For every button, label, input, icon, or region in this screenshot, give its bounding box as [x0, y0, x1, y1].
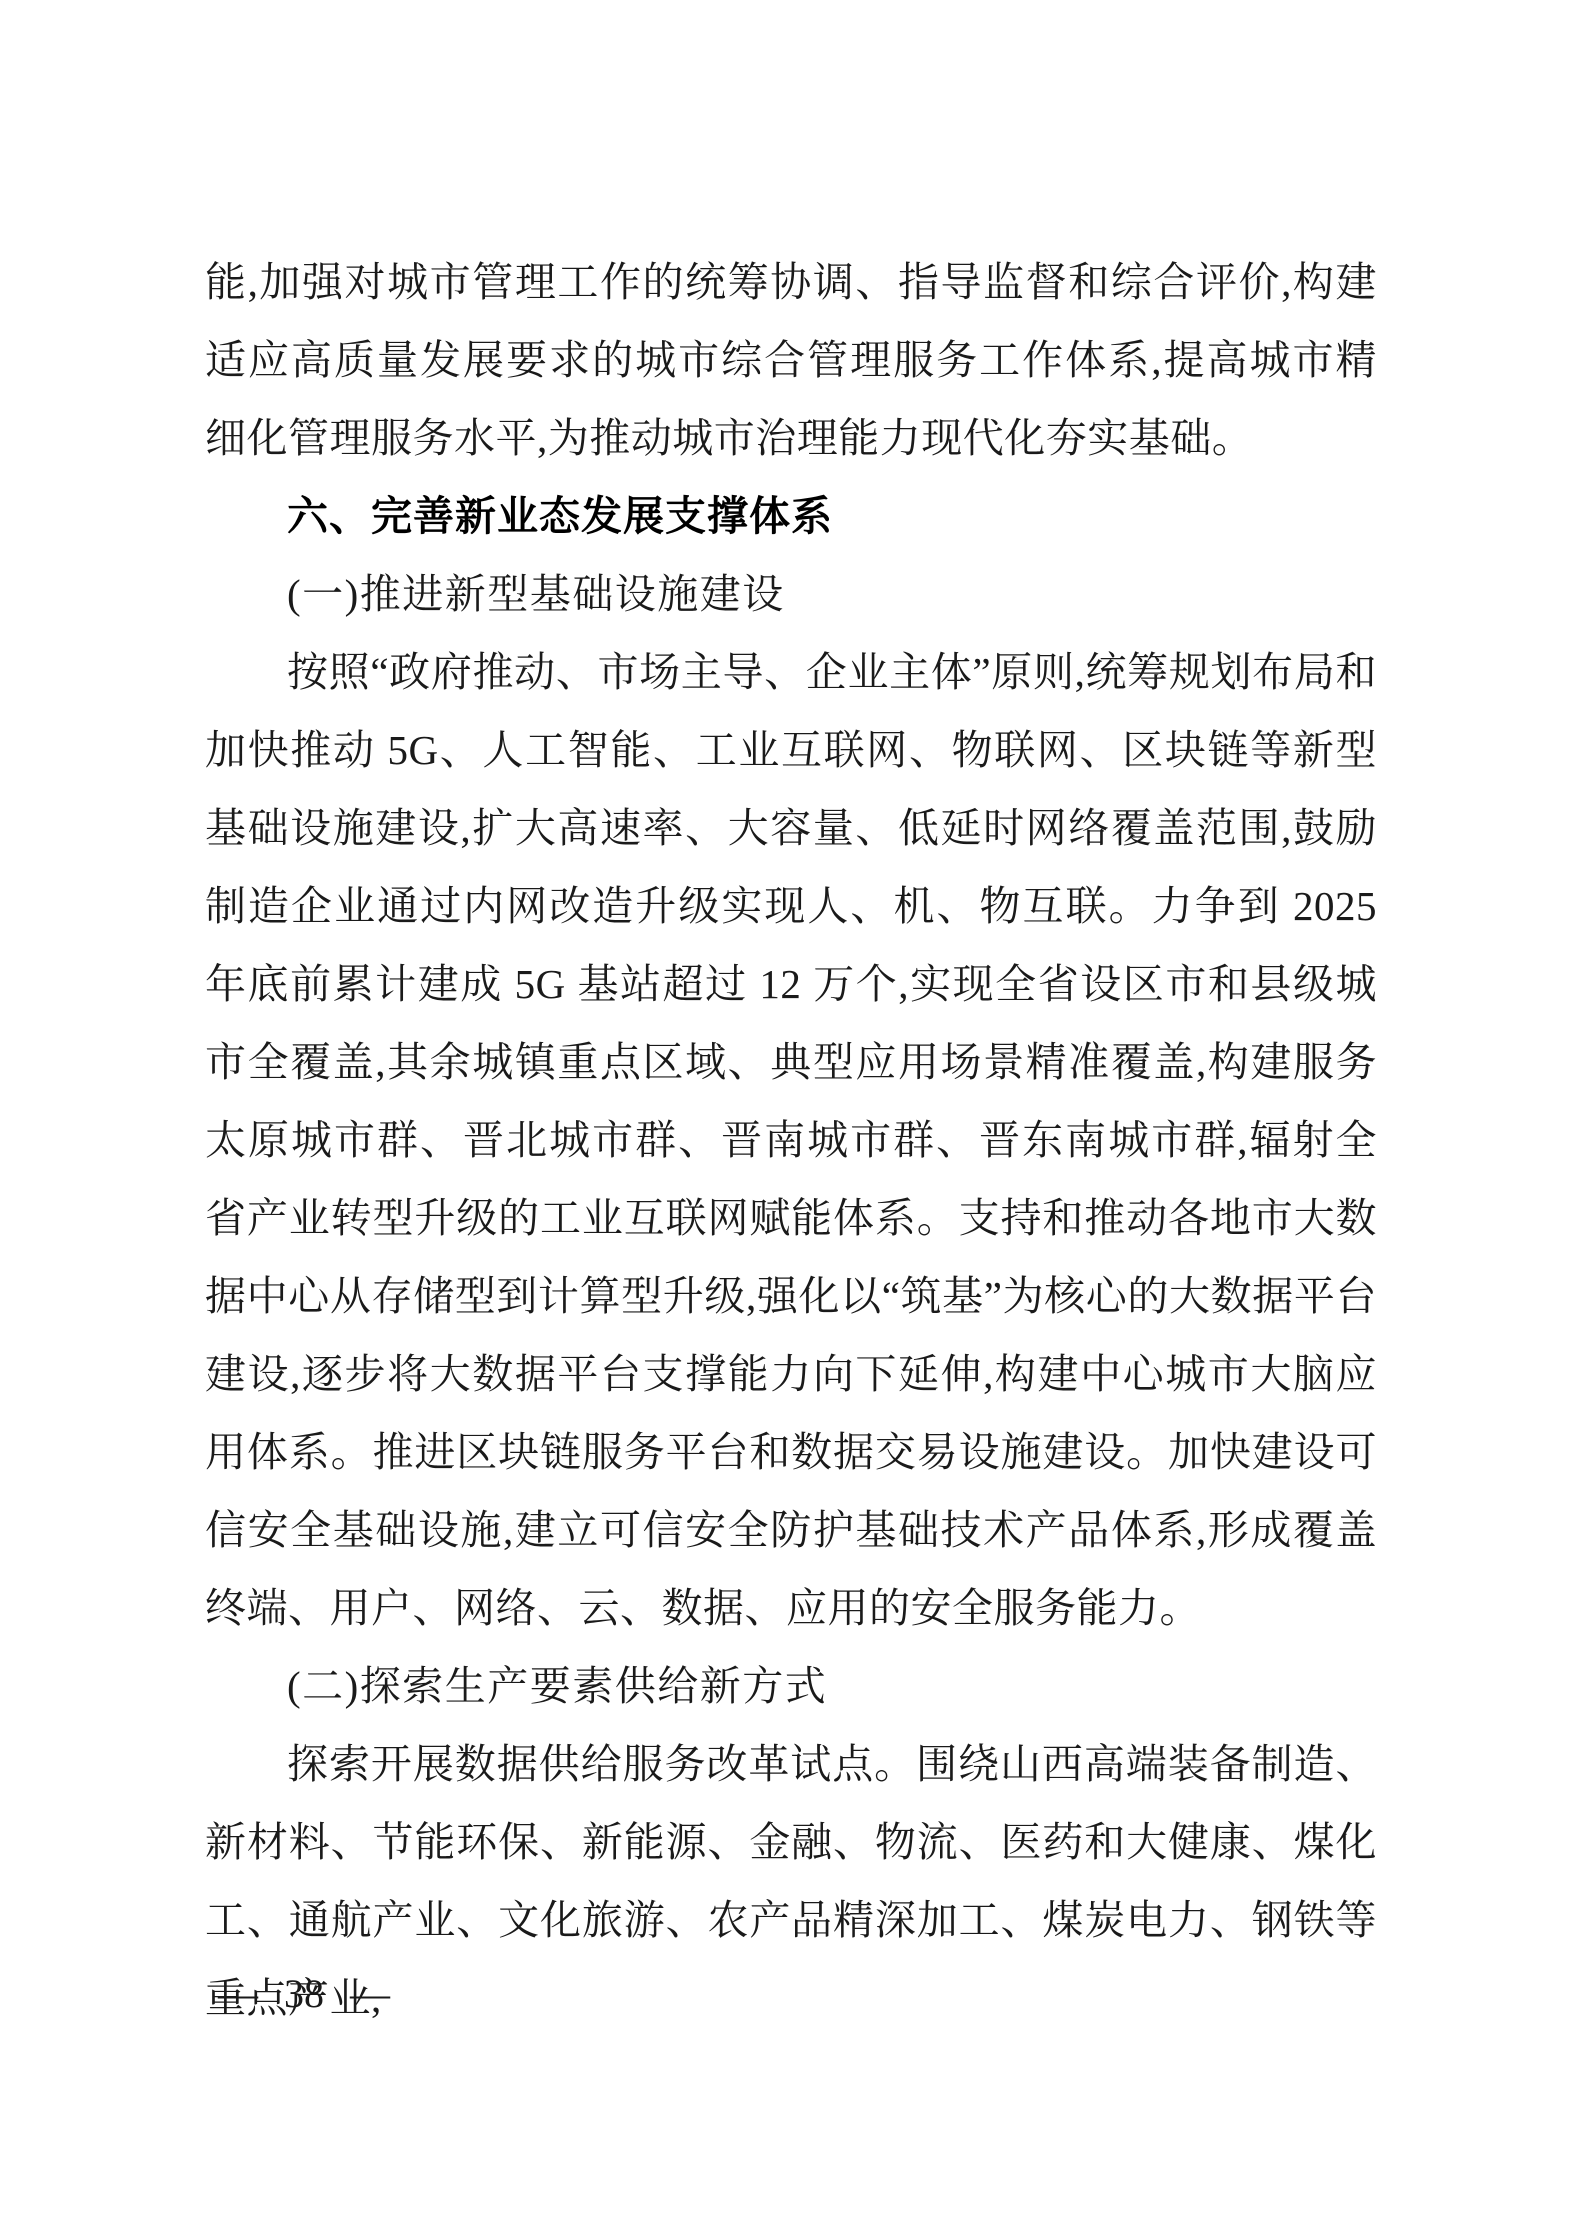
document-text-block: 能,加强对城市管理工作的统筹协调、指导监督和综合评价,构建适应高质量发展要求的城…	[205, 243, 1377, 2037]
document-page: 能,加强对城市管理工作的统筹协调、指导监督和综合评价,构建适应高质量发展要求的城…	[0, 0, 1581, 2217]
subsection-heading-2-production-factors: (二)探索生产要素供给新方式	[205, 1647, 1377, 1725]
subsection-heading-1-new-infrastructure: (一)推进新型基础设施建设	[205, 555, 1377, 633]
footer-dash-left: —	[218, 1972, 258, 2016]
page-footer: — 38 —	[218, 1972, 390, 2016]
paragraph-new-infrastructure: 按照“政府推动、市场主导、企业主体”原则,统筹规划布局和加快推动 5G、人工智能…	[205, 633, 1377, 1647]
page-number: 38	[284, 1972, 324, 2016]
section-heading-6: 六、完善新业态发展支撑体系	[205, 477, 1377, 555]
paragraph-continuation-city-management: 能,加强对城市管理工作的统筹协调、指导监督和综合评价,构建适应高质量发展要求的城…	[205, 243, 1377, 477]
footer-dash-right: —	[350, 1972, 390, 2016]
